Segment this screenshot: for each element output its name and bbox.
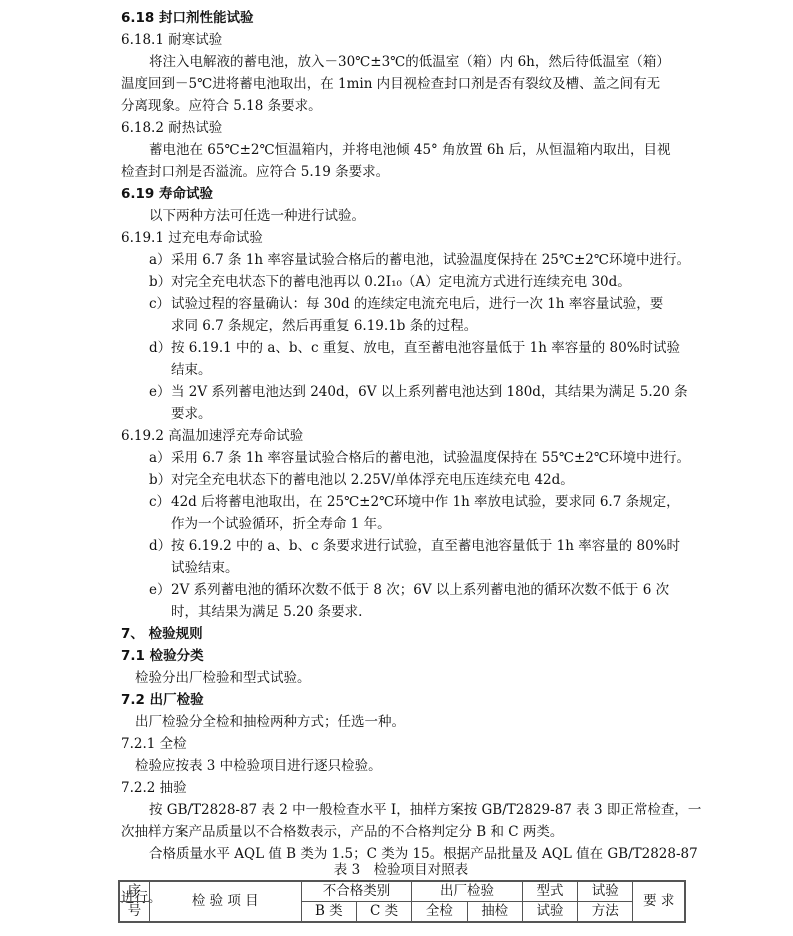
header-seq-bottom: 号 bbox=[119, 902, 149, 923]
header-factory-inspection: 出厂检验 bbox=[412, 881, 523, 902]
list-item-text: 2V 系列蓄电池的循环次数不低于 8 次；6V 以上系列蓄电池的循环次数不低于 … bbox=[171, 579, 669, 601]
subheading-6-18-1: 6.18.1 耐寒试验 bbox=[121, 29, 222, 51]
header-requirement: 要 求 bbox=[633, 881, 685, 922]
heading-7: 7、 检验规则 bbox=[121, 623, 203, 645]
paragraph-line: 检查封口剂是否溢流。应符合 5.19 条要求。 bbox=[121, 161, 389, 183]
heading-7-1: 7.1 检验分类 bbox=[121, 645, 204, 667]
header-class-c: C 类 bbox=[356, 902, 411, 923]
header-item: 检 验 项 目 bbox=[149, 881, 301, 922]
heading-6-19: 6.19 寿命试验 bbox=[121, 183, 213, 205]
list-item-text: 按 6.19.1 中的 a、b、c 重复、放电，直至蓄电池容量低于 1h 率容量… bbox=[171, 337, 680, 359]
list-item-label: d） bbox=[149, 337, 171, 359]
list-item-label: a） bbox=[149, 249, 171, 271]
table-caption: 表 3 检验项目对照表 bbox=[121, 860, 681, 880]
list-item-label: b） bbox=[149, 271, 171, 293]
header-method-top: 试验 bbox=[578, 881, 633, 902]
paragraph-line: 蓄电池在 65℃±2℃恒温箱内，并将电池倾 45° 角放置 6h 后，从恒温箱内… bbox=[149, 139, 670, 161]
paragraph-line: 将注入电解液的蓄电池，放入－30℃±3℃的低温室（箱）内 6h，然后待低温室（箱… bbox=[149, 51, 670, 73]
subheading-6-18-2: 6.18.2 耐热试验 bbox=[121, 117, 222, 139]
list-item-text: 要求。 bbox=[171, 403, 212, 425]
heading-7-2: 7.2 出厂检验 bbox=[121, 689, 204, 711]
paragraph-line: 检验分出厂检验和型式试验。 bbox=[135, 667, 311, 689]
list-item-text: 试验结束。 bbox=[171, 557, 239, 579]
list-item-text: 试验过程的容量确认：每 30d 的连续定电流充电后，进行一次 1h 率容量试验，… bbox=[171, 293, 663, 315]
table-header-row: 序 检 验 项 目 不合格类别 出厂检验 型式 试验 要 求 bbox=[119, 881, 685, 902]
list-item-label: e） bbox=[149, 381, 171, 403]
list-item-label: b） bbox=[149, 469, 171, 491]
subheading-7-2-1: 7.2.1 全检 bbox=[121, 733, 187, 755]
list-item-text: 当 2V 系列蓄电池达到 240d，6V 以上系列蓄电池达到 180d，其结果为… bbox=[171, 381, 688, 403]
paragraph-line: 次抽样方案产品质量以不合格数表示，产品的不合格判定分 B 和 C 两类。 bbox=[121, 821, 563, 843]
list-item-text: 作为一个试验循环，折全寿命 1 年。 bbox=[171, 513, 391, 535]
header-nonconformity: 不合格类别 bbox=[301, 881, 412, 902]
paragraph-line: 分离现象。应符合 5.18 条要求。 bbox=[121, 95, 322, 117]
list-item-label: e） bbox=[149, 579, 171, 601]
header-method-bottom: 方法 bbox=[578, 902, 633, 923]
list-item-text: 按 6.19.2 中的 a、b、c 条要求进行试验，直至蓄电池容量低于 1h 率… bbox=[171, 535, 680, 557]
list-item-label: d） bbox=[149, 535, 171, 557]
list-item-text: 采用 6.7 条 1h 率容量试验合格后的蓄电池，试验温度保持在 25℃±2℃环… bbox=[171, 249, 690, 271]
paragraph-line: 按 GB/T2828-87 表 2 中一般检查水平 I，抽样方案按 GB/T28… bbox=[149, 799, 701, 821]
inspection-table: 序 检 验 项 目 不合格类别 出厂检验 型式 试验 要 求 号 B 类 C 类… bbox=[118, 880, 686, 923]
subheading-6-19-1: 6.19.1 过充电寿命试验 bbox=[121, 227, 263, 249]
list-item-text: 对完全充电状态下的蓄电池再以 0.2I₁₀（A）定电流方式进行连续充电 30d。 bbox=[171, 271, 631, 293]
subheading-6-19-2: 6.19.2 高温加速浮充寿命试验 bbox=[121, 425, 303, 447]
list-item-text: 42d 后将蓄电池取出，在 25℃±2℃环境中作 1h 率放电试验，要求同 6.… bbox=[171, 491, 680, 513]
paragraph-line: 出厂检验分全检和抽检两种方式；任选一种。 bbox=[135, 711, 405, 733]
header-sample-inspection: 抽检 bbox=[467, 902, 522, 923]
list-item-text: 采用 6.7 条 1h 率容量试验合格后的蓄电池，试验温度保持在 55℃±2℃环… bbox=[171, 447, 690, 469]
paragraph-line: 检验应按表 3 中检验项目进行逐只检验。 bbox=[135, 755, 382, 777]
list-item-label: a） bbox=[149, 447, 171, 469]
header-full-inspection: 全检 bbox=[412, 902, 467, 923]
heading-6-18: 6.18 封口剂性能试验 bbox=[121, 7, 254, 29]
list-item-label: c） bbox=[149, 293, 170, 315]
list-item-text: 求同 6.7 条规定，然后再重复 6.19.1b 条的过程。 bbox=[171, 315, 477, 337]
header-seq-top: 序 bbox=[119, 881, 149, 902]
paragraph-line: 温度回到－5℃进将蓄电池取出，在 1min 内目视检查封口剂是否有裂纹及槽、盖之… bbox=[121, 73, 660, 95]
list-item-label: c） bbox=[149, 491, 170, 513]
header-type-test-top: 型式 bbox=[522, 881, 577, 902]
header-class-b: B 类 bbox=[301, 902, 356, 923]
list-item-text: 结束。 bbox=[171, 359, 212, 381]
subheading-7-2-2: 7.2.2 抽验 bbox=[121, 777, 187, 799]
header-type-test-bottom: 试验 bbox=[522, 902, 577, 923]
list-item-text: 时，其结果为满足 5.20 条要求. bbox=[171, 601, 362, 623]
paragraph-line: 以下两种方法可任选一种进行试验。 bbox=[149, 205, 365, 227]
list-item-text: 对完全充电状态下的蓄电池以 2.25V/单体浮充电压连续充电 42d。 bbox=[171, 469, 574, 491]
